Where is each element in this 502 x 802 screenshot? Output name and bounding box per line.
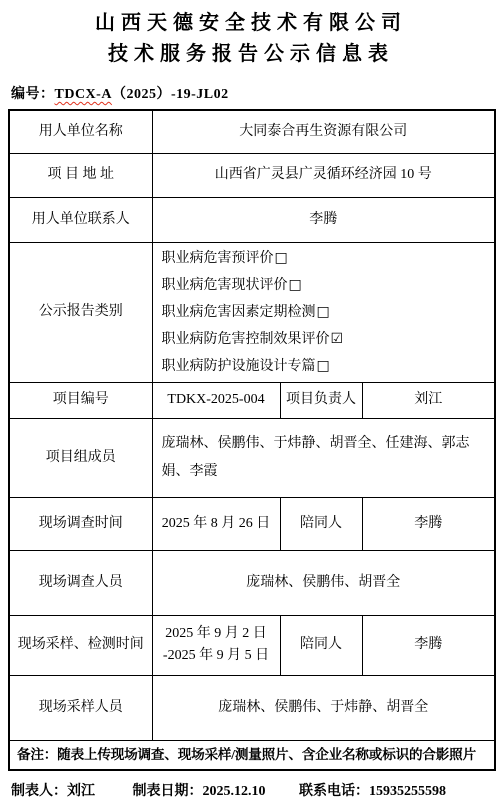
page-title: 山西天德安全技术有限公司 技术服务报告公示信息表 [0, 0, 502, 70]
project-leader-value: 刘江 [362, 382, 495, 418]
table-row-survey-staff: 现场调查人员 庞瑞林、侯鹏伟、胡晋全 [9, 550, 495, 615]
table-row-report-category: 公示报告类别 职业病危害预评价□ 职业病危害现状评价□ 职业病危害因素定期检测□… [9, 242, 495, 382]
checkbox-checked-icon[interactable]: ☑ [331, 331, 344, 347]
project-address-value: 山西省广灵县广灵循环经济园 10 号 [152, 153, 495, 197]
report-category-option-periodic-test: 职业病危害因素定期检测□ [162, 299, 491, 326]
table-row-sampling-staff: 现场采样人员 庞瑞林、侯鹏伟、于炜静、胡晋全 [9, 675, 495, 740]
table-row-project-number: 项目编号 TDKX-2025-004 项目负责人 刘江 [9, 382, 495, 418]
sampling-staff-value: 庞瑞林、侯鹏伟、于炜静、胡晋全 [152, 675, 495, 740]
project-team-value: 庞瑞林、侯鹏伟、于炜静、胡晋全、任建海、郭志娟、李霞 [152, 418, 495, 497]
survey-escort-value: 李腾 [362, 497, 495, 550]
project-number-value: TDKX-2025-004 [152, 382, 280, 418]
preparer-value: 刘江 [67, 784, 95, 799]
option-label: 职业病防危害控制效果评价 [162, 332, 330, 347]
option-label: 职业病防护设施设计专篇 [162, 359, 316, 374]
option-label: 职业病危害预评价 [162, 251, 274, 266]
option-label: 职业病危害现状评价 [162, 278, 288, 293]
sampling-time-end: -2025 年 9 月 5 日 [157, 645, 276, 667]
table-row-employer-contact: 用人单位联系人 李腾 [9, 197, 495, 242]
preparer-label: 制表人： [11, 784, 67, 799]
sampling-escort-label: 陪同人 [280, 615, 362, 675]
project-address-label: 项 目 地 址 [9, 153, 152, 197]
footer-line: 制表人：刘江 制表日期：2025.12.10 联系电话：15935255598 [11, 780, 502, 800]
report-category-label: 公示报告类别 [9, 242, 152, 382]
sampling-time-value: 2025 年 9 月 2 日 -2025 年 9 月 5 日 [152, 615, 280, 675]
phone-value: 15935255598 [369, 784, 446, 799]
table-row-project-team: 项目组成员 庞瑞林、侯鹏伟、于炜静、胡晋全、任建海、郭志娟、李霞 [9, 418, 495, 497]
project-team-label: 项目组成员 [9, 418, 152, 497]
employer-name-value: 大同泰合再生资源有限公司 [152, 110, 495, 153]
project-number-label: 项目编号 [9, 382, 152, 418]
table-row-survey-time: 现场调查时间 2025 年 8 月 26 日 陪同人 李腾 [9, 497, 495, 550]
info-table: 用人单位名称 大同泰合再生资源有限公司 项 目 地 址 山西省广灵县广灵循环经济… [8, 109, 496, 771]
document-number-label: 编号： [11, 87, 55, 102]
table-row-remark: 备注：随表上传现场调查、现场采样/测量照片、含企业名称或标识的合影照片 [9, 740, 495, 770]
sampling-time-start: 2025 年 9 月 2 日 [157, 623, 276, 645]
employer-contact-value: 李腾 [152, 197, 495, 242]
sampling-escort-value: 李腾 [362, 615, 495, 675]
document-number-line: 编号：TDCX-A（2025）-19-JL02 [11, 83, 502, 103]
employer-contact-label: 用人单位联系人 [9, 197, 152, 242]
remark-text: 备注：随表上传现场调查、现场采样/测量照片、含企业名称或标识的合影照片 [9, 740, 495, 770]
document-number-flagged: TDCX-A [55, 87, 112, 102]
report-category-option-control-effect-eval: 职业病防危害控制效果评价☑ [162, 326, 491, 353]
checkbox-unchecked-icon[interactable]: □ [317, 304, 330, 320]
checkbox-unchecked-icon[interactable]: □ [317, 358, 330, 374]
table-row-employer-name: 用人单位名称 大同泰合再生资源有限公司 [9, 110, 495, 153]
company-name-title: 山西天德安全技术有限公司 [0, 8, 502, 39]
survey-escort-label: 陪同人 [280, 497, 362, 550]
checkbox-unchecked-icon[interactable]: □ [289, 277, 302, 293]
date-segment: 制表日期：2025.12.10 [133, 784, 266, 799]
document-number-rest: （2025）-19-JL02 [112, 87, 229, 102]
option-label: 职业病危害因素定期检测 [162, 305, 316, 320]
phone-segment: 联系电话：15935255598 [299, 784, 446, 799]
report-category-option-status-eval: 职业病危害现状评价□ [162, 272, 491, 299]
project-leader-label: 项目负责人 [280, 382, 362, 418]
checkbox-unchecked-icon[interactable]: □ [275, 250, 288, 266]
table-row-project-address: 项 目 地 址 山西省广灵县广灵循环经济园 10 号 [9, 153, 495, 197]
survey-time-value: 2025 年 8 月 26 日 [152, 497, 280, 550]
table-row-sampling-time: 现场采样、检测时间 2025 年 9 月 2 日 -2025 年 9 月 5 日… [9, 615, 495, 675]
form-name-title: 技术服务报告公示信息表 [0, 39, 502, 70]
report-category-option-pre-eval: 职业病危害预评价□ [162, 245, 491, 272]
report-category-option-protection-design: 职业病防护设施设计专篇□ [162, 353, 491, 380]
survey-time-label: 现场调查时间 [9, 497, 152, 550]
date-label: 制表日期： [133, 784, 203, 799]
survey-staff-value: 庞瑞林、侯鹏伟、胡晋全 [152, 550, 495, 615]
report-category-options: 职业病危害预评价□ 职业病危害现状评价□ 职业病危害因素定期检测□ 职业病防危害… [152, 242, 495, 382]
sampling-time-label: 现场采样、检测时间 [9, 615, 152, 675]
preparer-segment: 制表人：刘江 [11, 784, 95, 799]
survey-staff-label: 现场调查人员 [9, 550, 152, 615]
phone-label: 联系电话： [299, 784, 369, 799]
date-value: 2025.12.10 [203, 784, 266, 799]
employer-name-label: 用人单位名称 [9, 110, 152, 153]
sampling-staff-label: 现场采样人员 [9, 675, 152, 740]
